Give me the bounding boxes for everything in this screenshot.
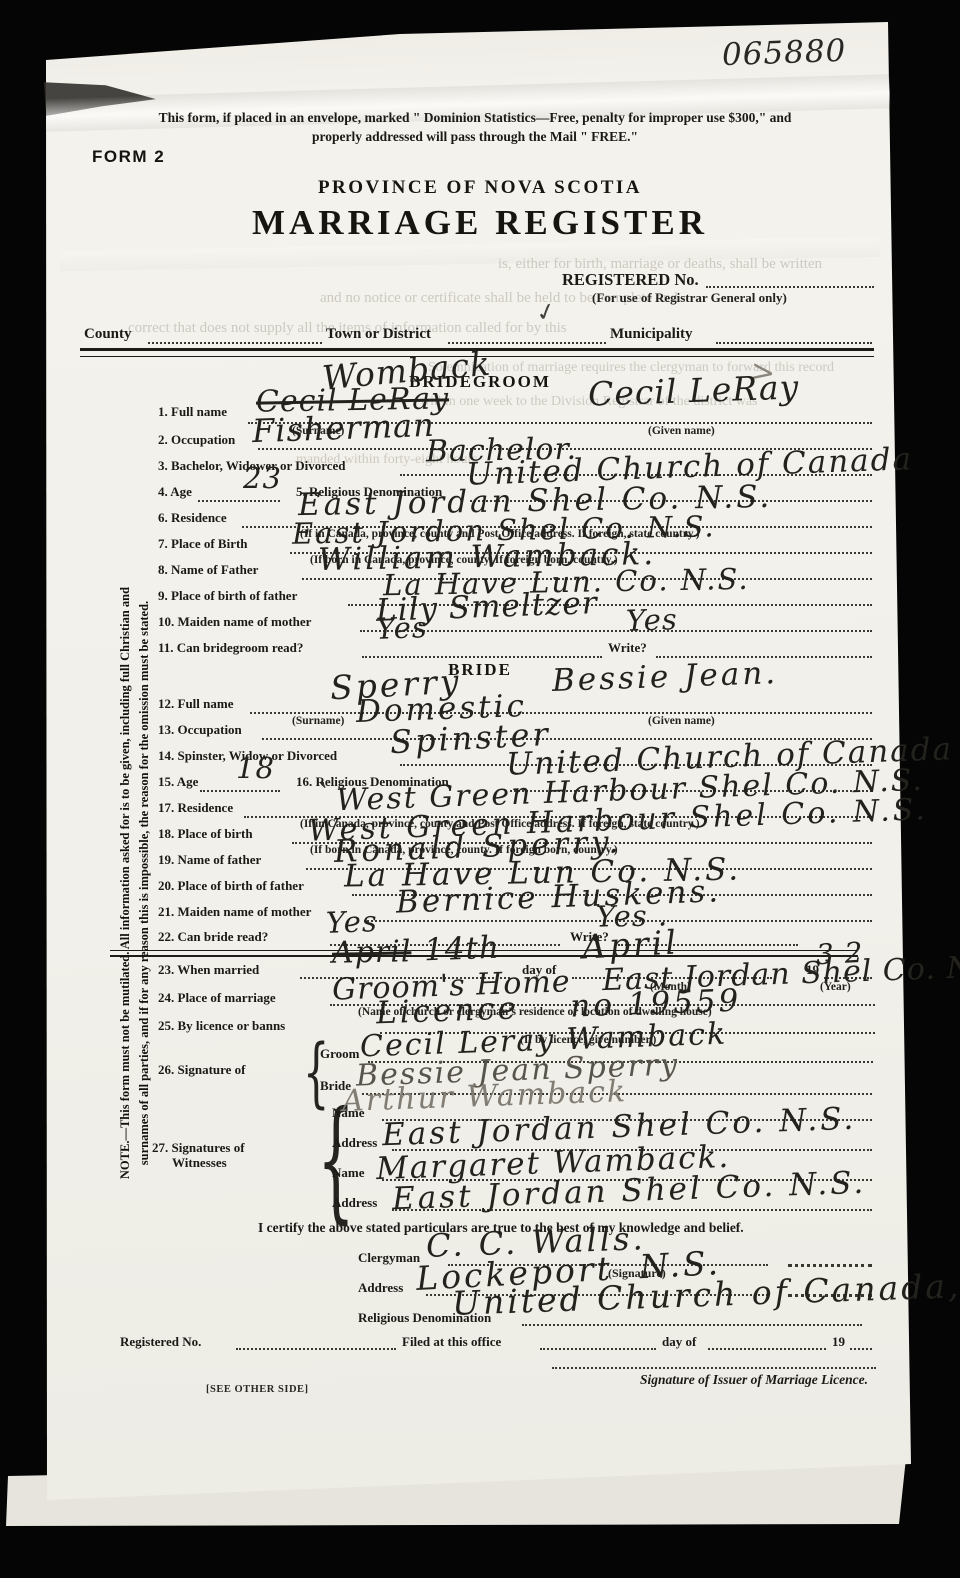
field-label-place-of-marriage: 24. Place of marriage [158, 990, 276, 1006]
margin-note: NOTE.—This form must not be mutilated. A… [116, 554, 155, 1212]
scanned-marriage-register: is, either for birth, marriage or deaths… [0, 0, 960, 1578]
handwritten-can-write: Yes [626, 605, 679, 636]
field-label-mother: 10. Maiden name of mother [158, 614, 311, 630]
field-blank [540, 1347, 656, 1350]
registered-no-label: REGISTERED No. [562, 270, 699, 290]
field-label-witnesses-2: Witnesses [172, 1155, 227, 1171]
handwritten-occupation: Fisherman [251, 409, 435, 447]
clergyman-address-label: Address [358, 1280, 403, 1296]
margin-note-line1: NOTE.—This form must not be mutilated. A… [116, 554, 135, 1212]
groom-label: Groom [320, 1046, 359, 1062]
town-district-label: Town or District [326, 326, 431, 343]
field-label-bride-residence: 17. Residence [158, 800, 233, 816]
field-label-licence: 25. By licence or banns [158, 1018, 285, 1034]
field-label-bride-father-birthplace: 20. Place of birth of father [158, 878, 304, 894]
field-blank [850, 1347, 872, 1350]
county-blank [148, 341, 322, 344]
margin-note-line2: surnames of all parties, and if for any … [135, 554, 154, 1212]
province-heading: PROVINCE OF NOVA SCOTIA [230, 177, 730, 199]
field-label-father: 8. Name of Father [158, 562, 258, 578]
given-name-caption: (Given name) [648, 425, 715, 437]
form-number-label: FORM 2 [92, 147, 165, 167]
mail-notice-line2: properly addressed will pass through the… [130, 129, 820, 145]
see-other-side-label: [SEE OTHER SIDE] [206, 1384, 309, 1395]
witness-name-label: Name [332, 1165, 365, 1181]
handwritten-month-struck: April [332, 937, 412, 968]
field-blank [198, 499, 280, 502]
field-label-can-read: 11. Can bridegroom read? [158, 640, 303, 656]
field-label-bride-mother: 21. Maiden name of mother [158, 904, 311, 920]
field-label-when-married: 23. When married [158, 962, 259, 978]
witness-address-label: Address [332, 1195, 377, 1211]
issuer-signature-caption: Signature of Issuer of Marriage Licence. [640, 1372, 868, 1388]
field-label-father-birthplace: 9. Place of birth of father [158, 588, 297, 604]
field-label-occupation: 2. Occupation [158, 432, 235, 448]
field-label-full-name: 1. Full name [158, 404, 227, 420]
registrar-only-caption: (For use of Registrar General only) [592, 290, 787, 306]
witness-address-label: Address [332, 1135, 377, 1151]
field-label-signature-of: 26. Signature of [158, 1062, 246, 1078]
surname-caption: (Surname) [292, 715, 344, 727]
field-blank [522, 1323, 862, 1326]
handwritten-can-read: Yes [376, 613, 429, 644]
write-label: Write? [608, 640, 647, 656]
municipality-blank [716, 341, 872, 344]
field-label-bride-can-read: 22. Can bride read? [158, 929, 268, 945]
field-label-bride-full-name: 12. Full name [158, 696, 233, 712]
issuer-signature-blank [552, 1366, 876, 1369]
footer-filed-label: Filed at this office [402, 1334, 501, 1350]
given-name-caption: (Given name) [648, 715, 715, 727]
handwritten-month: April [581, 925, 679, 963]
field-label-residence: 6. Residence [158, 510, 227, 526]
clergyman-label: Clergyman [358, 1250, 420, 1266]
registered-no-blank [706, 285, 874, 288]
field-label-birthplace: 7. Place of Birth [158, 536, 248, 552]
field-label-age: 4. Age [158, 484, 192, 500]
handwritten-age: 23 [243, 464, 282, 493]
field-blank [200, 789, 280, 792]
field-blank [236, 1347, 396, 1350]
handwritten-residence-tick: ‛ [320, 780, 329, 804]
mail-notice-line1: This form, if placed in an envelope, mar… [130, 110, 820, 126]
field-label-bride-father: 19. Name of father [158, 852, 261, 868]
field-blank [788, 1263, 872, 1267]
handwritten-day: 14th [423, 933, 500, 967]
handwritten-doc-number: 065880 [721, 36, 846, 71]
field-label-bride-occupation: 13. Occupation [158, 722, 242, 738]
field-blank [708, 1347, 826, 1350]
county-label: County [84, 326, 132, 343]
municipality-label: Municipality [610, 326, 693, 343]
page-title: MARRIAGE REGISTER [180, 203, 780, 243]
handwritten-given-name: Cecil LeRay [587, 370, 799, 410]
handwritten-bride-age: 18 [236, 754, 275, 783]
footer-year-prefix: 19 [832, 1334, 845, 1350]
handwritten-bride-can-read: Yes [326, 907, 379, 938]
field-label-bride-birthplace: 18. Place of birth [158, 826, 253, 842]
field-blank [250, 711, 872, 714]
footer-registered-no-label: Registered No. [120, 1334, 201, 1350]
field-label-bride-age: 15. Age [158, 774, 198, 790]
field-label-witnesses-1: 27. Signatures of [152, 1140, 245, 1156]
handwritten-bride-given: Bessie Jean. [552, 658, 779, 697]
field-blank [360, 629, 872, 632]
field-blank [362, 655, 602, 658]
town-district-blank [448, 341, 606, 344]
footer-day-of-label: day of [662, 1334, 696, 1350]
